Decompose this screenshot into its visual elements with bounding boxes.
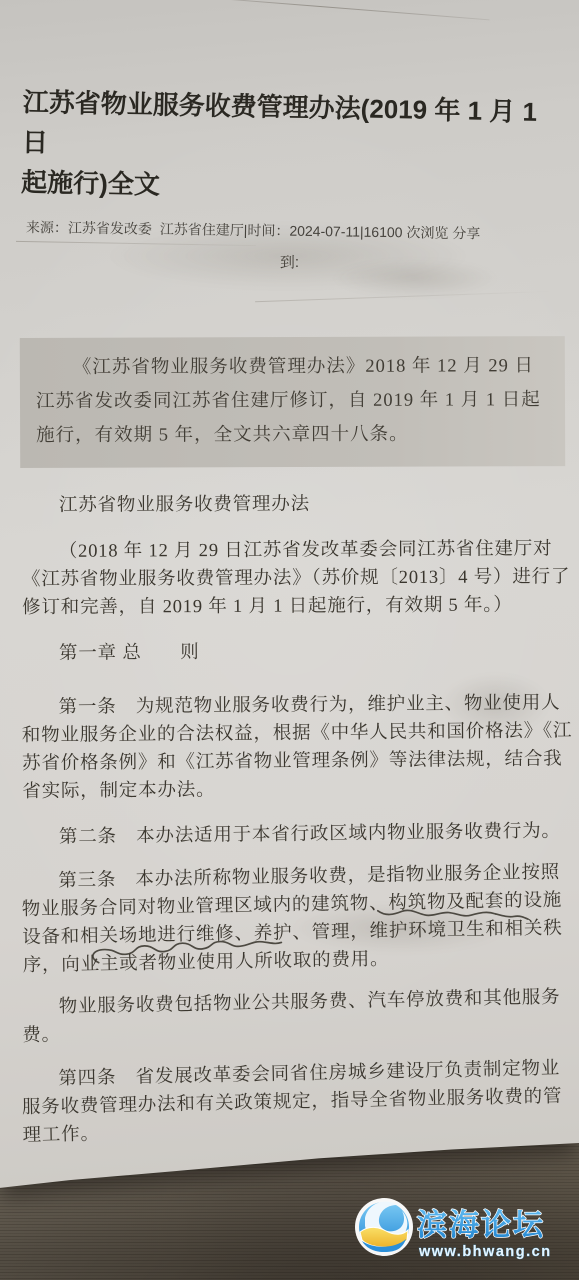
watermark-site-name: 滨海论坛: [417, 1209, 545, 1242]
paper-crease: [150, 0, 489, 20]
revision-note: （2018 年 12 月 29 日江苏省发改革委会同江苏省住建厅对《江苏省物业服…: [22, 535, 576, 622]
summary-highlight-box: 《江苏省物业服务收费管理办法》2018 年 12 月 29 日江苏省发改委同江苏…: [20, 336, 565, 468]
article-2-paragraph: 第二条 本办法适用于本省行政区域内物业服务收费行为。: [22, 817, 576, 852]
paper-sheet-wrap: 江苏省物业服务收费管理办法(2019 年 1 月 1 日 起施行)全文 来源：江…: [0, 0, 579, 1280]
article-title: 江苏省物业服务收费管理办法(2019 年 1 月 1 日 起施行)全文: [21, 82, 566, 212]
watermark-site-url: www.bhwang.cn: [418, 1244, 552, 1260]
article-1-paragraph: 第一条 为规范物业服务收费行为，维护业主、物业使用人和物业服务企业的合法权益，根…: [22, 689, 577, 806]
article-3-paragraph: 第三条 本办法所称物业服务收费，是指物业服务企业按照物业服务合同对物业管理区域内…: [21, 858, 577, 980]
article-4-paragraph: 第四条 省发展改革委会同省住房城乡建设厅负责制定物业服务收费管理办法和有关政策规…: [21, 1054, 577, 1150]
document-title: 江苏省物业服务收费管理办法: [22, 489, 576, 520]
paper-sheet: 江苏省物业服务收费管理办法(2019 年 1 月 1 日 起施行)全文 来源：江…: [0, 0, 579, 1280]
article-title-line-1: 江苏省物业服务收费管理办法(2019 年 1 月 1 日: [22, 82, 566, 172]
meta-line: 来源：江苏省发改委 江苏省住建厅|时间：2024-07-11|16100 次浏览…: [26, 218, 579, 244]
chapter-heading: 第一章 总 则: [22, 636, 576, 668]
fee-types-paragraph: 物业服务收费包括物业公共服务费、汽车停放费和其他服务费。: [21, 983, 576, 1050]
article-3-text: 第三条 本办法所称物业服务收费，是指物业服务企业按照物业服务合同对物业管理区域内…: [22, 863, 563, 976]
share-to-label: 到:: [0, 252, 579, 274]
paper-crease: [16, 241, 256, 246]
watermark-logo: 滨海论坛 www.bhwang.cn: [353, 1188, 575, 1264]
photographed-document: 江苏省物业服务收费管理办法(2019 年 1 月 1 日 起施行)全文 来源：江…: [0, 0, 579, 1280]
wave-icon: [355, 1198, 413, 1256]
paper-crease: [255, 291, 555, 302]
